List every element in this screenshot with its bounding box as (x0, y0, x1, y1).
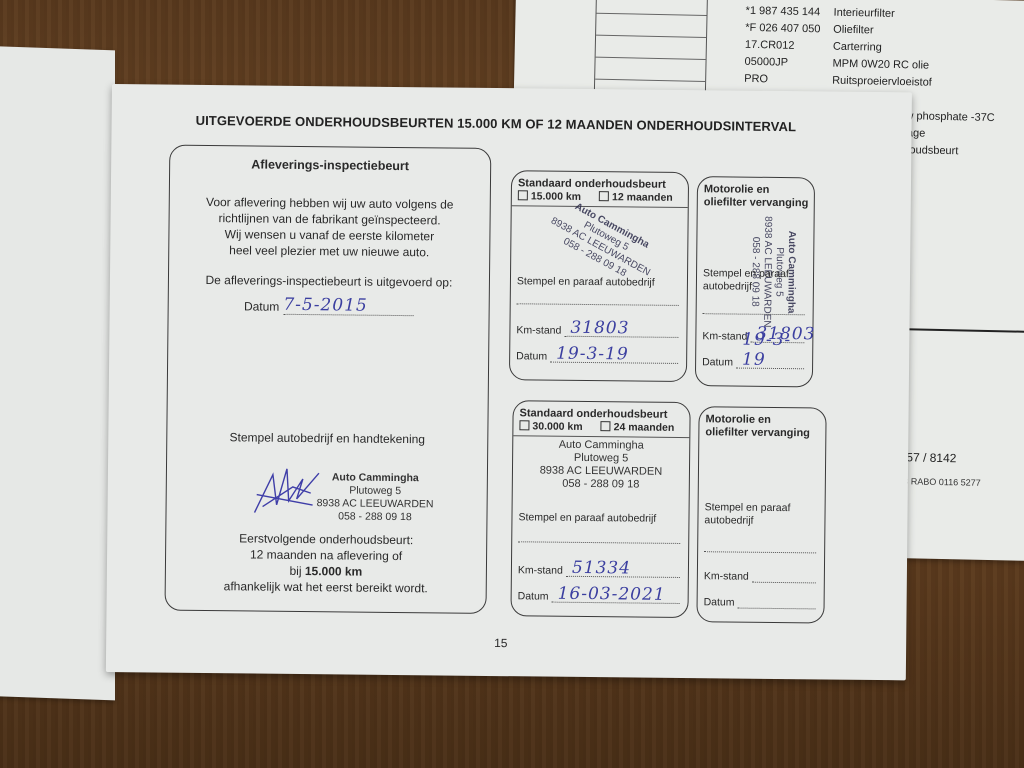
oil-heading: Motorolie enoliefilter vervanging (705, 413, 825, 440)
stamp-label: Stempel autobedrijf en handtekening (167, 429, 487, 448)
delivery-inspection-box: Afleverings-inspectiebeurt Voor afleveri… (164, 145, 491, 614)
stamp-label: Stempel en paraaf autobedrijf (518, 511, 656, 525)
checkbox-24-months[interactable]: 24 maanden (601, 421, 675, 434)
service-box-30000: Standaard onderhoudsbeurt 30.000 km 24 m… (510, 400, 690, 618)
date-field: Datum19-3-19 (516, 347, 678, 364)
left-page (0, 46, 115, 701)
km-field: Km-stand51334 (518, 561, 680, 578)
signature-icon (252, 464, 323, 517)
dealer-stamp: Auto Cammingha Plutoweg 5 8938 AC LEEUWA… (513, 438, 690, 492)
handwritten-date: 7-5-2015 (283, 295, 368, 316)
delivery-intro: Voor aflevering hebben wij uw auto volge… (169, 194, 490, 261)
delivery-date-field: Datum 7-5-2015 (169, 296, 489, 317)
page-title: UITGEVOERDE ONDERHOUDSBEURTEN 15.000 KM … (196, 113, 797, 134)
oil-heading: Motorolie enoliefilter vervanging (704, 183, 814, 210)
stamp-label: Stempel en paraafautobedrijf (703, 267, 789, 294)
service-box-15000: Standaard onderhoudsbeurt 15.000 km 12 m… (509, 170, 689, 382)
date-field: Datum19-3-19 (702, 353, 804, 369)
maintenance-booklet-page: UITGEVOERDE ONDERHOUDSBEURTEN 15.000 KM … (106, 84, 912, 680)
delivery-done-text: De afleverings-inspectiebeurt is uitgevo… (169, 272, 489, 291)
date-label: Datum (244, 298, 280, 314)
km-field: Km-stand (704, 567, 816, 583)
oil-change-box-2: Motorolie enoliefilter vervanging Stempe… (696, 406, 826, 623)
km-field: Km-stand31803 (516, 321, 678, 338)
stamp-label: Stempel en paraaf autobedrijf (517, 275, 655, 289)
dealer-stamp: Auto Cammingha Plutoweg 5 8938 AC LEEUWA… (316, 471, 433, 524)
delivery-heading: Afleverings-inspectiebeurt (170, 156, 490, 175)
ruled-table (594, 0, 708, 94)
checkbox-12-months[interactable]: 12 maanden (599, 191, 673, 204)
checkbox-30000-km[interactable]: 30.000 km (519, 420, 582, 433)
date-field: Datum (704, 593, 816, 609)
oil-change-box-1: Motorolie enoliefilter vervanging Auto C… (695, 176, 815, 387)
stamp-label: Stempel en paraafautobedrijf (704, 501, 790, 528)
next-service-info: Eerstvolgende onderhoudsbeurt: 12 maande… (166, 530, 487, 597)
date-field: Datum16-03-2021 (518, 587, 680, 604)
page-number: 15 (494, 636, 508, 650)
